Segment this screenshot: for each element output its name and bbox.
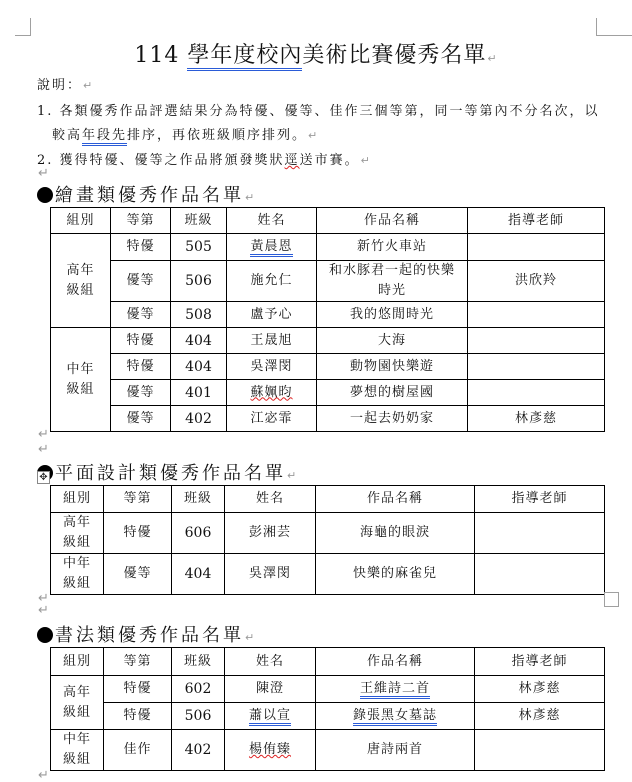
calligraphy-results-table: 組別 等第 班級 姓名 作品名稱 指導老師 高年級組 特優 602 陳澄 王維詩… <box>50 647 605 771</box>
header-name: 姓名 <box>227 208 317 234</box>
header-group: 組別 <box>51 486 104 513</box>
name-cell: 蕭以宣 <box>225 703 316 730</box>
table-header-row: 組別 等第 班級 姓名 作品名稱 指導老師 <box>51 208 605 234</box>
rank-cell: 優等 <box>104 554 172 595</box>
note-1-underlined: 年段先 <box>82 128 127 146</box>
paragraph-mark-icon: ↵ <box>38 427 51 442</box>
group-cell: 中年級組 <box>51 328 111 432</box>
rank-cell: 特優 <box>104 513 172 554</box>
name-text: 楊侑臻 <box>249 742 291 757</box>
paragraph-mark-icon: ↵ <box>245 191 257 204</box>
table-row: 中年級組 佳作 402 楊侑臻 唐詩兩首 <box>51 730 605 771</box>
paragraph-mark-icon: ↵ <box>38 166 51 181</box>
header-name: 姓名 <box>225 648 316 676</box>
table-row: 特優 404 吳澤閔 動物園快樂遊 <box>51 354 605 380</box>
work-cell: 海龜的眼淚 <box>316 513 475 554</box>
work-cell: 動物園快樂遊 <box>317 354 468 380</box>
class-cell: 505 <box>171 234 227 261</box>
title-underlined-text: 學年度校內 <box>187 43 302 71</box>
work-cell: 新竹火車站 <box>317 234 468 261</box>
table-row: 中年級組 特優 404 王晟旭 大海 <box>51 328 605 354</box>
work-cell: 大海 <box>317 328 468 354</box>
notes-label-text: 說明： <box>37 78 82 93</box>
name-cell: 吳澤閔 <box>225 554 316 595</box>
header-work: 作品名稱 <box>317 208 468 234</box>
note-2-spellcheck: 逕 <box>285 153 300 168</box>
group-cell: 高年級組 <box>51 513 104 554</box>
header-group: 組別 <box>51 648 104 676</box>
rank-cell: 特優 <box>111 354 171 380</box>
note-2: 2. 獲得特優、優等之作品將頒發獎狀逕送市賽。↵ <box>37 149 372 168</box>
teacher-cell: 林彥慈 <box>475 676 605 703</box>
group-cell: 中年級組 <box>51 554 104 595</box>
teacher-cell <box>475 513 605 554</box>
class-cell: 602 <box>172 676 225 703</box>
name-cell: 吳澤閔 <box>227 354 317 380</box>
rank-cell: 特優 <box>104 676 172 703</box>
header-rank: 等第 <box>104 648 172 676</box>
paragraph-mark-icon: ↵ <box>308 129 319 142</box>
teacher-cell <box>468 234 605 261</box>
rank-cell: 優等 <box>111 302 171 328</box>
work-text: 夢想的樹屋國 <box>350 385 434 400</box>
page-corner-mark-top-left <box>15 18 31 36</box>
header-group: 組別 <box>51 208 111 234</box>
paragraph-mark-icon: ↵ <box>38 442 51 457</box>
paragraph-mark-icon: ↵ <box>245 631 257 644</box>
work-cell: 唐詩兩首 <box>316 730 475 771</box>
teacher-cell <box>475 730 605 771</box>
note-1-text-a: 較高 <box>52 128 82 143</box>
class-cell: 508 <box>171 302 227 328</box>
note-1-line-2: 較高年段先排序，再依班級順序排列。↵ <box>52 124 319 143</box>
teacher-cell: 林彥慈 <box>468 406 605 432</box>
name-cell: 楊侑臻 <box>225 730 316 771</box>
group-cell: 中年級組 <box>51 730 104 771</box>
notes-label: 說明：↵ <box>37 74 94 93</box>
header-class: 班級 <box>172 648 225 676</box>
rank-cell: 特優 <box>111 328 171 354</box>
teacher-cell: 林彥慈 <box>475 703 605 730</box>
class-cell: 506 <box>172 703 225 730</box>
section-heading-calligraphy: 書法類優秀作品名單↵ <box>37 621 257 647</box>
table-header-row: 組別 等第 班級 姓名 作品名稱 指導老師 <box>51 486 605 513</box>
rank-cell: 特優 <box>104 703 172 730</box>
table-row: 高年級組 特優 606 彭湘芸 海龜的眼淚 <box>51 513 605 554</box>
work-cell: 我的悠閒時光 <box>317 302 468 328</box>
table-header-row: 組別 等第 班級 姓名 作品名稱 指導老師 <box>51 648 605 676</box>
teacher-cell: 洪欣羚 <box>468 261 605 302</box>
header-work: 作品名稱 <box>316 486 475 513</box>
class-cell: 401 <box>171 380 227 406</box>
class-cell: 404 <box>171 328 227 354</box>
paragraph-mark-icon: ↵ <box>361 154 372 167</box>
work-text: 王維詩二首 <box>360 681 430 699</box>
name-cell: 蘇姵昀 <box>227 380 317 406</box>
bullet-icon <box>37 627 53 643</box>
page-corner-mark-top-right <box>596 18 632 36</box>
table-resize-handle[interactable] <box>604 592 619 607</box>
teacher-cell <box>468 302 605 328</box>
name-text: 黃晨恩 <box>250 239 292 257</box>
paragraph-mark-icon: ↵ <box>287 469 299 482</box>
class-cell: 402 <box>172 730 225 771</box>
class-cell: 506 <box>171 261 227 302</box>
note-2-text-a: 2. 獲得特優、優等之作品將頒發獎狀 <box>37 153 285 168</box>
work-cell: 錄張黑女墓誌 <box>316 703 475 730</box>
note-1-text-b: 排序，再依班級順序排列。 <box>127 128 307 143</box>
teacher-cell <box>468 328 605 354</box>
name-text: 蕭以宣 <box>249 708 291 726</box>
table-row: 優等 402 江宓霏 一起去奶奶家 林彥慈 <box>51 406 605 432</box>
header-teacher: 指導老師 <box>475 486 605 513</box>
header-teacher: 指導老師 <box>475 648 605 676</box>
group-cell: 高年級組 <box>51 676 104 730</box>
table-row: 中年級組 優等 404 吳澤閔 快樂的麻雀兒 <box>51 554 605 595</box>
painting-results-table: 組別 等第 班級 姓名 作品名稱 指導老師 高年級組 特優 505 黃晨恩 新竹… <box>50 207 605 432</box>
work-cell: 夢想的樹屋國 <box>317 380 468 406</box>
section-heading-text: 平面設計類優秀作品名單 <box>55 463 286 484</box>
teacher-cell <box>475 554 605 595</box>
work-cell: 快樂的麻雀兒 <box>316 554 475 595</box>
title-text: 美術比賽優秀名單 <box>302 43 486 68</box>
teacher-cell <box>468 380 605 406</box>
name-text: 蘇姵昀 <box>250 385 292 400</box>
table-row: 特優 506 蕭以宣 錄張黑女墓誌 林彥慈 <box>51 703 605 730</box>
name-cell: 陳澄 <box>225 676 316 703</box>
paragraph-mark-icon: ↵ <box>38 768 51 782</box>
table-row: 優等 508 盧予心 我的悠閒時光 <box>51 302 605 328</box>
section-heading-graphic-design: 平面設計類優秀作品名單↵ <box>37 459 299 485</box>
header-rank: 等第 <box>111 208 171 234</box>
table-row: 高年級組 特優 505 黃晨恩 新竹火車站 <box>51 234 605 261</box>
name-cell: 施允仁 <box>227 261 317 302</box>
work-cell: 王維詩二首 <box>316 676 475 703</box>
table-row: 優等 401 蘇姵昀 夢想的樹屋國 <box>51 380 605 406</box>
class-cell: 404 <box>171 354 227 380</box>
table-row: 高年級組 特優 602 陳澄 王維詩二首 林彥慈 <box>51 676 605 703</box>
note-1-text: 1. 各類優秀作品評選結果分為特優、優等、佳作三個等第，同一等第內不分名次，以 <box>37 104 600 119</box>
section-heading-painting: 繪畫類優秀作品名單↵ <box>37 181 257 207</box>
paragraph-mark-icon: ↵ <box>487 52 497 65</box>
section-heading-text: 書法類優秀作品名單 <box>55 625 244 646</box>
name-cell: 黃晨恩 <box>227 234 317 261</box>
title-year: 114 <box>134 43 187 68</box>
class-cell: 404 <box>172 554 225 595</box>
name-cell: 王晟旭 <box>227 328 317 354</box>
rank-cell: 特優 <box>111 234 171 261</box>
document-title: 114 學年度校內美術比賽優秀名單↵ <box>0 38 632 69</box>
bullet-icon <box>37 187 53 203</box>
graphic-design-results-table: 組別 等第 班級 姓名 作品名稱 指導老師 高年級組 特優 606 彭湘芸 海龜… <box>50 485 605 595</box>
paragraph-mark-icon: ↵ <box>83 79 94 92</box>
header-teacher: 指導老師 <box>468 208 605 234</box>
header-work: 作品名稱 <box>316 648 475 676</box>
name-cell: 江宓霏 <box>227 406 317 432</box>
name-cell: 盧予心 <box>227 302 317 328</box>
work-text: 錄張黑女墓誌 <box>353 708 437 726</box>
paragraph-mark-icon: ↵ <box>38 603 51 618</box>
rank-cell: 優等 <box>111 261 171 302</box>
header-class: 班級 <box>171 208 227 234</box>
note-1-line-1: 1. 各類優秀作品評選結果分為特優、優等、佳作三個等第，同一等第內不分名次，以 <box>37 100 600 119</box>
rank-cell: 佳作 <box>104 730 172 771</box>
note-2-text-b: 送市賽。 <box>300 153 360 168</box>
work-cell: 和水豚君一起的快樂時光 <box>317 261 468 302</box>
header-rank: 等第 <box>104 486 172 513</box>
header-class: 班級 <box>172 486 225 513</box>
table-row: 優等 506 施允仁 和水豚君一起的快樂時光 洪欣羚 <box>51 261 605 302</box>
class-cell: 402 <box>171 406 227 432</box>
class-cell: 606 <box>172 513 225 554</box>
section-heading-text: 繪畫類優秀作品名單 <box>55 185 244 206</box>
rank-cell: 優等 <box>111 406 171 432</box>
name-cell: 彭湘芸 <box>225 513 316 554</box>
table-move-handle-icon[interactable]: ✥ <box>37 471 50 484</box>
group-cell: 高年級組 <box>51 234 111 328</box>
rank-cell: 優等 <box>111 380 171 406</box>
teacher-cell <box>468 354 605 380</box>
header-name: 姓名 <box>225 486 316 513</box>
work-cell: 一起去奶奶家 <box>317 406 468 432</box>
